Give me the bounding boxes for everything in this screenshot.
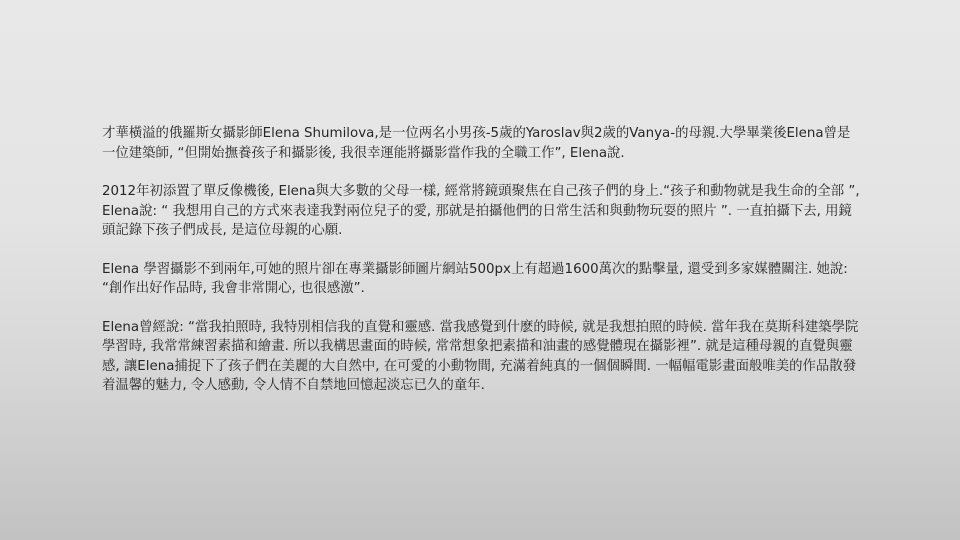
paragraph-camera: 2012年初添置了單反像機後, Elena與大多數的父母一樣, 經常將鏡頭聚焦在… (102, 182, 862, 241)
slide-text-body: 才華橫溢的俄羅斯女攝影師Elena Shumilova,是一位两名小男孩-5歲的… (102, 124, 862, 415)
paragraph-intro: 才華橫溢的俄羅斯女攝影師Elena Shumilova,是一位两名小男孩-5歲的… (102, 124, 862, 163)
paragraph-inspiration: Elena曾經說: “當我拍照時, 我特別相信我的直覺和靈感. 當我感覺到什麽的… (102, 318, 862, 396)
paragraph-success: Elena 學習攝影不到兩年,可她的照片卻在專業攝影師圖片網站500px上有超過… (102, 260, 862, 299)
